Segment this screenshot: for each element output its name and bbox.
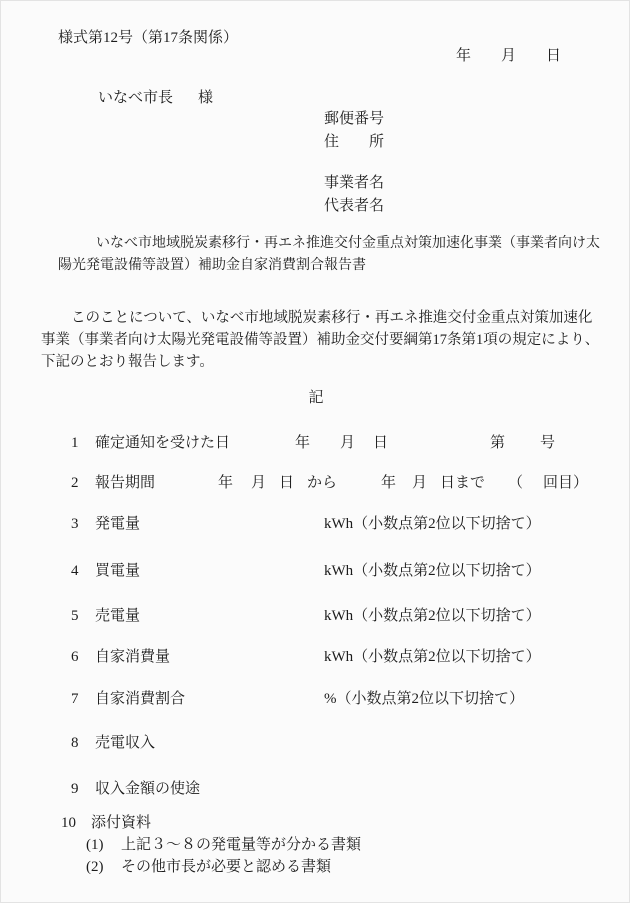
item-2-count-label: 回目） [543, 475, 588, 492]
item-1-number: 1 [71, 435, 79, 452]
item-2-paren-open: （ [508, 475, 523, 492]
item-3-number: 3 [71, 516, 79, 533]
addressee-honorific: 様 [198, 90, 213, 107]
item-4-unit: kWh（小数点第2位以下切捨て） [324, 563, 541, 580]
doc-title-line2: 陽光発電設備等設置）補助金自家消費割合報告書 [58, 257, 366, 274]
item-1-day-label: 日 [373, 435, 388, 452]
address-label: 住 所 [324, 134, 384, 151]
item-1-no-prefix: 第 [490, 435, 505, 452]
item-7-label: 自家消費割合 [95, 691, 185, 708]
item-2-year2-label: 年 [381, 475, 396, 492]
date-month-label: 月 [501, 48, 516, 65]
item-3-label: 発電量 [95, 516, 140, 533]
item-10-label: 添付資料 [91, 815, 151, 832]
body-line1: このことについて、いなべ市地域脱炭素移行・再エネ推進交付金重点対策加速化 [71, 310, 592, 327]
doc-title-line1: いなべ市地域脱炭素移行・再エネ推進交付金重点対策加速化事業（事業者向け太 [96, 235, 600, 252]
item-7-number: 7 [71, 691, 79, 708]
item-10-number: 10 [61, 815, 76, 832]
ki-heading: 記 [1, 390, 630, 407]
body-line2: 事業（事業者向け太陽光発電設備等設置）補助金交付要綱第17条第1項の規定により、 [41, 332, 599, 349]
item-1-year-label: 年 [295, 435, 310, 452]
item-1-month-label: 月 [340, 435, 355, 452]
item-2-day1-label: 日 [279, 475, 294, 492]
item-6-number: 6 [71, 649, 79, 666]
item-5-label: 売電量 [95, 608, 140, 625]
body-line3: 下記のとおり報告します。 [41, 354, 214, 371]
item-1-no-suffix: 号 [540, 435, 555, 452]
document-page: 様式第12号（第17条関係） 年 月 日 いなべ市長 様 郵便番号 住 所 事業… [0, 0, 630, 903]
item-5-unit: kWh（小数点第2位以下切捨て） [324, 608, 541, 625]
item-10-sub1-text: 上記３～８の発電量等が分かる書類 [121, 837, 361, 854]
item-1-label: 確定通知を受けた日 [95, 435, 230, 452]
item-6-unit: kWh（小数点第2位以下切捨て） [324, 649, 541, 666]
addressee-name: いなべ市長 [98, 90, 173, 107]
item-10-sub2-number: (2) [86, 859, 104, 876]
item-5-number: 5 [71, 608, 79, 625]
item-2-month1-label: 月 [251, 475, 266, 492]
item-2-year1-label: 年 [218, 475, 233, 492]
date-year-label: 年 [456, 48, 471, 65]
item-2-label: 報告期間 [95, 475, 155, 492]
item-2-month2-label: 月 [412, 475, 427, 492]
item-2-until-label: 日まで [440, 475, 485, 492]
item-10-sub2-text: その他市長が必要と認める書類 [121, 859, 331, 876]
item-6-label: 自家消費量 [95, 649, 170, 666]
postal-code-label: 郵便番号 [324, 111, 384, 128]
item-7-unit: %（小数点第2位以下切捨て） [324, 691, 524, 708]
item-9-number: 9 [71, 781, 79, 798]
item-4-label: 買電量 [95, 563, 140, 580]
item-9-label: 収入金額の使途 [95, 781, 200, 798]
item-3-unit: kWh（小数点第2位以下切捨て） [324, 516, 541, 533]
date-day-label: 日 [546, 48, 561, 65]
item-8-label: 売電収入 [95, 735, 155, 752]
business-name-label: 事業者名 [324, 175, 384, 192]
item-2-number: 2 [71, 475, 79, 492]
representative-label: 代表者名 [324, 198, 384, 215]
form-number: 様式第12号（第17条関係） [58, 30, 238, 47]
item-4-number: 4 [71, 563, 79, 580]
item-8-number: 8 [71, 735, 79, 752]
item-10-sub1-number: (1) [86, 837, 104, 854]
item-2-from-label: から [307, 475, 337, 492]
